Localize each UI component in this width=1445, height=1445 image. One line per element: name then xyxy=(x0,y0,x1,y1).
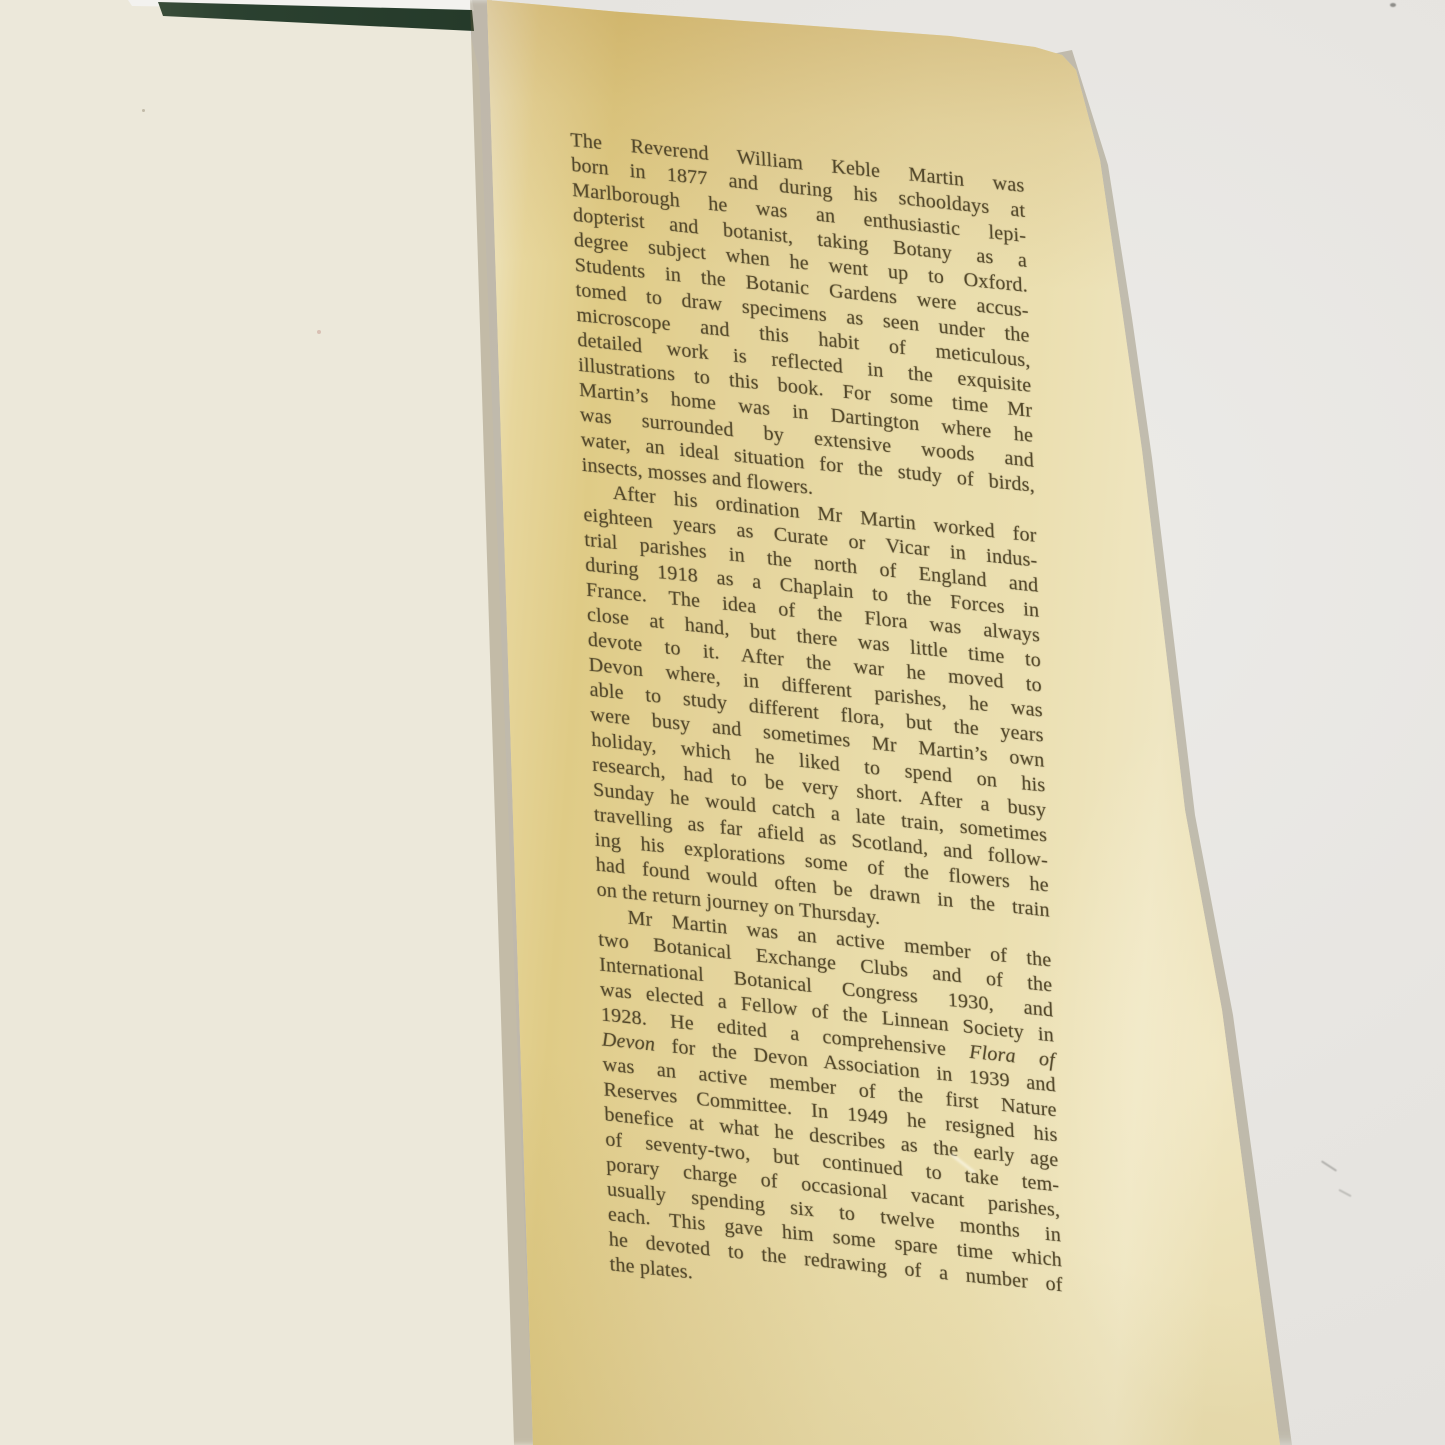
speck xyxy=(142,109,145,112)
flap-text-column: The Reverend William Keble Martin wasbor… xyxy=(570,128,1064,1323)
speck xyxy=(1390,3,1396,7)
photo-of-book-jacket-flap: The Reverend William Keble Martin wasbor… xyxy=(0,0,1445,1445)
speck xyxy=(317,330,321,334)
scratch-mark xyxy=(1338,1189,1351,1197)
scratch-mark xyxy=(1321,1160,1337,1171)
